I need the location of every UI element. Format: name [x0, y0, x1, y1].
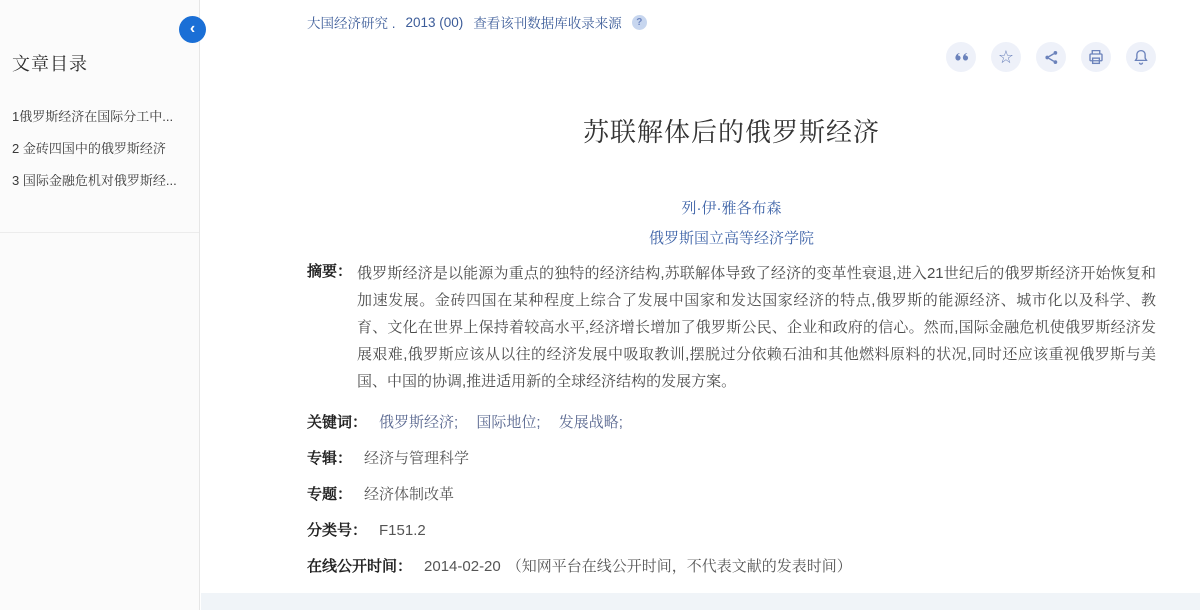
author-link[interactable]: 列·伊·雅各布森: [682, 200, 782, 217]
bell-icon: [1132, 48, 1150, 66]
online-date: 2014-02-20: [424, 557, 501, 577]
album-value: 经济与管理科学: [364, 449, 469, 469]
favorite-button[interactable]: ☆: [991, 42, 1021, 72]
article-title: 苏联解体后的俄罗斯经济: [307, 112, 1156, 149]
abstract-label: 摘要：: [307, 260, 357, 395]
toc-item-1[interactable]: 1俄罗斯经济在国际分工中...: [12, 110, 193, 124]
clc-value: F151.2: [379, 521, 426, 541]
clc-label: 分类号：: [307, 521, 367, 541]
star-icon: ☆: [998, 48, 1014, 66]
topic-row: 专题： 经济体制改革: [307, 485, 1156, 505]
online-time-row: 在线公开时间： 2014-02-20 （知网平台在线公开时间，不代表文献的发表时…: [307, 557, 1156, 577]
print-button[interactable]: [1081, 42, 1111, 72]
chevron-left-icon: ‹: [190, 21, 195, 37]
toc-list: 1俄罗斯经济在国际分工中... 2 金砖四国中的俄罗斯经济 3 国际金融危机对俄…: [12, 110, 193, 206]
footer-band: [201, 593, 1200, 610]
help-icon[interactable]: ?: [632, 15, 647, 30]
article-toolbar: ☆: [946, 42, 1156, 72]
affiliation-line: 俄罗斯国立高等经济学院: [307, 227, 1156, 248]
article-detail-page: 文章目录 1俄罗斯经济在国际分工中... 2 金砖四国中的俄罗斯经济 3 国际金…: [0, 0, 1200, 610]
article-meta: 摘要： 俄罗斯经济是以能源为重点的独特的经济结构,苏联解体导致了经济的变革性衰退…: [307, 260, 1156, 577]
share-icon: [1043, 49, 1060, 66]
sidebar-collapse-button[interactable]: ‹: [179, 16, 206, 43]
affiliation-link[interactable]: 俄罗斯国立高等经济学院: [649, 230, 814, 247]
main-panel: 大国经济研究 . 2013 (00) 查看该刊数据库收录来源 ? ☆: [201, 0, 1200, 610]
keyword-link[interactable]: 俄罗斯经济;: [379, 414, 458, 431]
toc-item-2[interactable]: 2 金砖四国中的俄罗斯经济: [12, 142, 193, 156]
printer-icon: [1087, 48, 1105, 66]
album-row: 专辑： 经济与管理科学: [307, 449, 1156, 469]
toc-sidebar: 文章目录 1俄罗斯经济在国际分工中... 2 金砖四国中的俄罗斯经济 3 国际金…: [0, 0, 200, 610]
online-note: （知网平台在线公开时间，不代表文献的发表时间）: [507, 557, 852, 577]
journal-issue-link[interactable]: 2013 (00): [406, 15, 464, 30]
toc-item-3[interactable]: 3 国际金融危机对俄罗斯经...: [12, 174, 193, 188]
topic-label: 专题：: [307, 485, 352, 505]
keywords-row: 关键词： 俄罗斯经济; 国际地位; 发展战略;: [307, 413, 1156, 433]
abstract-text: 俄罗斯经济是以能源为重点的独特的经济结构,苏联解体导致了经济的变革性衰退,进入2…: [357, 260, 1156, 395]
keyword-link[interactable]: 国际地位;: [476, 414, 540, 431]
album-label: 专辑：: [307, 449, 352, 469]
keyword-link[interactable]: 发展战略;: [559, 414, 623, 431]
author-line: 列·伊·雅各布森: [307, 197, 1156, 218]
abstract-row: 摘要： 俄罗斯经济是以能源为重点的独特的经济结构,苏联解体导致了经济的变革性衰退…: [307, 260, 1156, 395]
journal-link[interactable]: 大国经济研究 .: [307, 12, 396, 32]
keywords-label: 关键词：: [307, 413, 367, 433]
alert-button[interactable]: [1126, 42, 1156, 72]
online-time-label: 在线公开时间：: [307, 557, 412, 577]
breadcrumb: 大国经济研究 . 2013 (00) 查看该刊数据库收录来源 ?: [307, 12, 647, 32]
view-database-source-link[interactable]: 查看该刊数据库收录来源: [473, 12, 622, 32]
share-button[interactable]: [1036, 42, 1066, 72]
clc-row: 分类号： F151.2: [307, 521, 1156, 541]
topic-value: 经济体制改革: [364, 485, 454, 505]
sidebar-divider: [0, 232, 199, 233]
toc-title: 文章目录: [12, 50, 88, 76]
quote-button[interactable]: [946, 42, 976, 72]
quote-icon: [951, 47, 971, 67]
